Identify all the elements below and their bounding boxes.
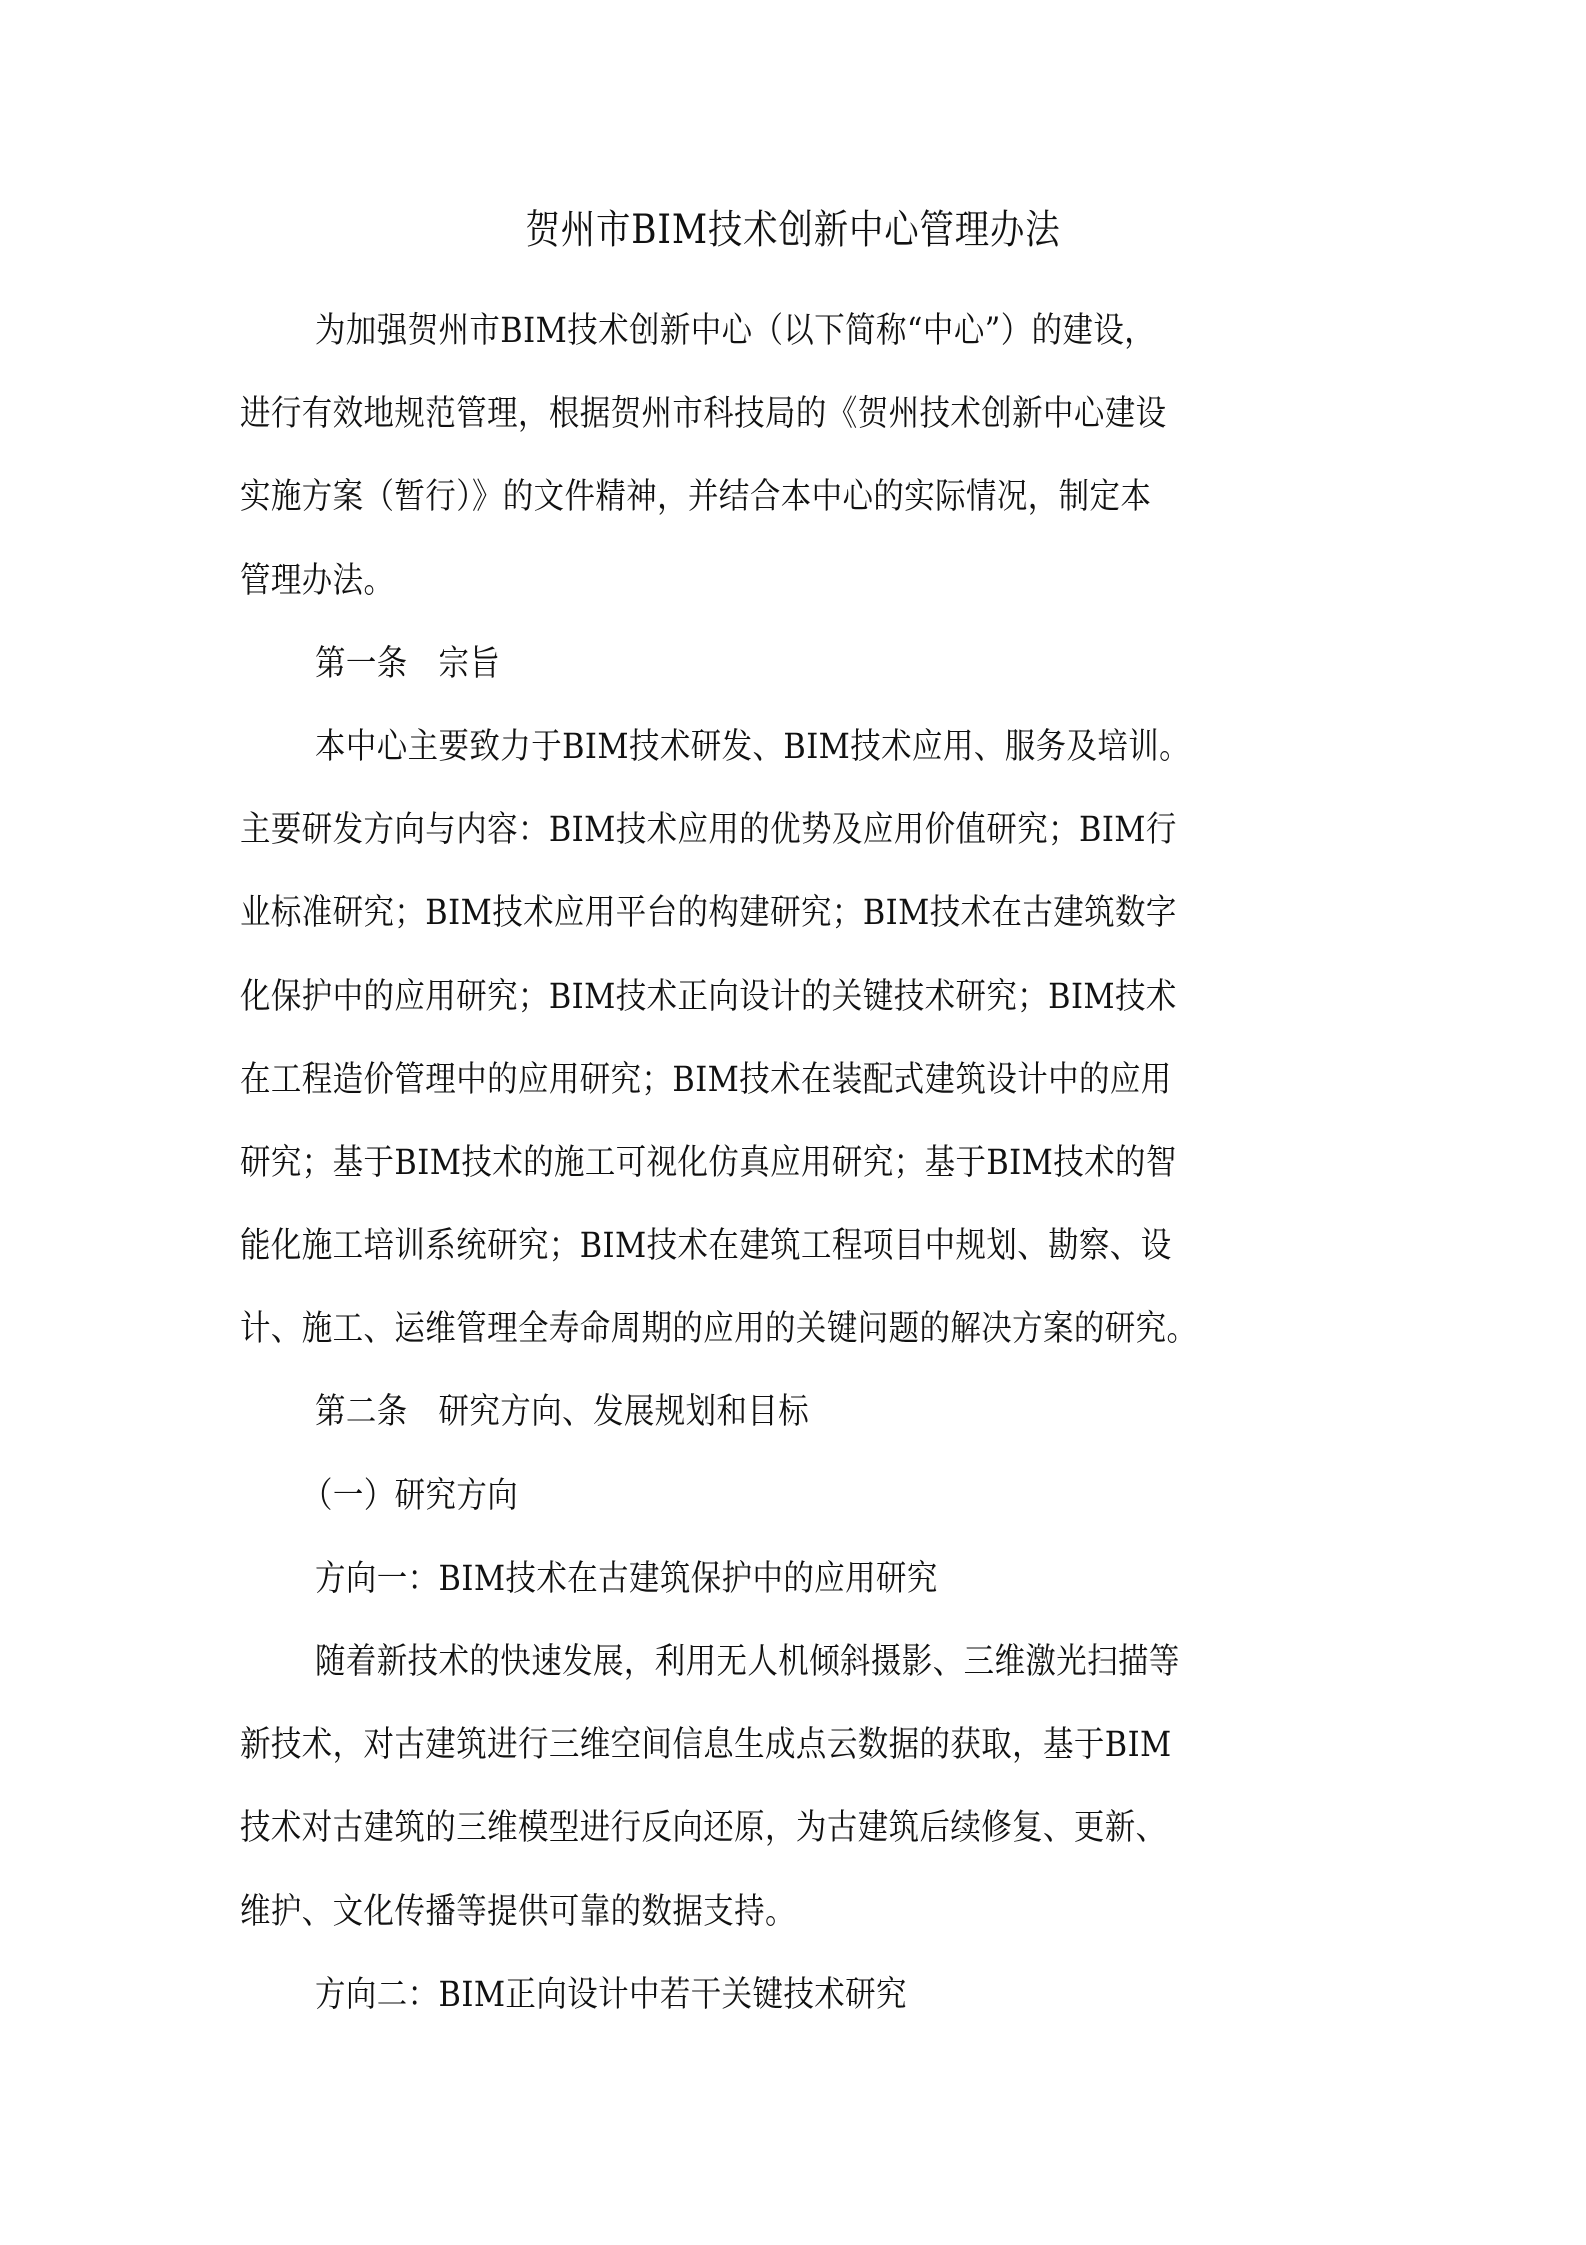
article-1-paragraph-line: 能化施工培训系统研究；BIM技术在建筑工程项目中规划、勘察、设 [240,1205,1347,1288]
paragraph-intro-line: 管理办法。 [240,540,1347,623]
direction-1-paragraph-line: 技术对古建筑的三维模型进行反向还原，为古建筑后续修复、更新、 [240,1787,1347,1870]
paragraph-intro-line: 进行有效地规范管理，根据贺州市科技局的《贺州技术创新中心建设 [240,373,1347,456]
document-title: 贺州市BIM技术创新中心管理办法 [111,200,1475,260]
paragraph-intro-line: 实施方案（暂行）》的文件精神，并结合本中心的实际情况，制定本 [240,456,1347,539]
direction-1-paragraph-line: 维护、文化传播等提供可靠的数据支持。 [240,1871,1347,1954]
article-1-paragraph-line: 在工程造价管理中的应用研究；BIM技术在装配式建筑设计中的应用 [240,1039,1347,1122]
paragraph-intro-line: 为加强贺州市BIM技术创新中心（以下简称“中心”）的建设， [240,290,1347,373]
article-1-paragraph-line: 业标准研究；BIM技术应用平台的构建研究；BIM技术在古建筑数字 [240,872,1347,955]
article-1-paragraph-line: 计、施工、运维管理全寿命周期的应用的关键问题的解决方案的研究。 [240,1288,1347,1371]
section-1-heading: （一）研究方向 [240,1455,1347,1538]
article-1-paragraph-line: 研究；基于BIM技术的施工可视化仿真应用研究；基于BIM技术的智 [240,1122,1347,1205]
document-body: 为加强贺州市BIM技术创新中心（以下简称“中心”）的建设， 进行有效地规范管理，… [240,290,1347,2037]
direction-2-heading: 方向二：BIM正向设计中若干关键技术研究 [240,1954,1347,2037]
article-1-paragraph-line: 化保护中的应用研究；BIM技术正向设计的关键技术研究；BIM技术 [240,956,1347,1039]
document-page: 贺州市BIM技术创新中心管理办法 为加强贺州市BIM技术创新中心（以下简称“中心… [0,0,1586,2245]
direction-1-paragraph-line: 随着新技术的快速发展，利用无人机倾斜摄影、三维激光扫描等 [240,1621,1347,1704]
article-1-paragraph-line: 本中心主要致力于BIM技术研发、BIM技术应用、服务及培训。 [240,706,1347,789]
direction-1-heading: 方向一：BIM技术在古建筑保护中的应用研究 [240,1538,1347,1621]
direction-1-paragraph-line: 新技术，对古建筑进行三维空间信息生成点云数据的获取，基于BIM [240,1704,1347,1787]
article-2-heading: 第二条 研究方向、发展规划和目标 [240,1371,1347,1454]
article-1-paragraph-line: 主要研发方向与内容：BIM技术应用的优势及应用价值研究；BIM行 [240,789,1347,872]
article-1-heading: 第一条 宗旨 [240,623,1347,706]
